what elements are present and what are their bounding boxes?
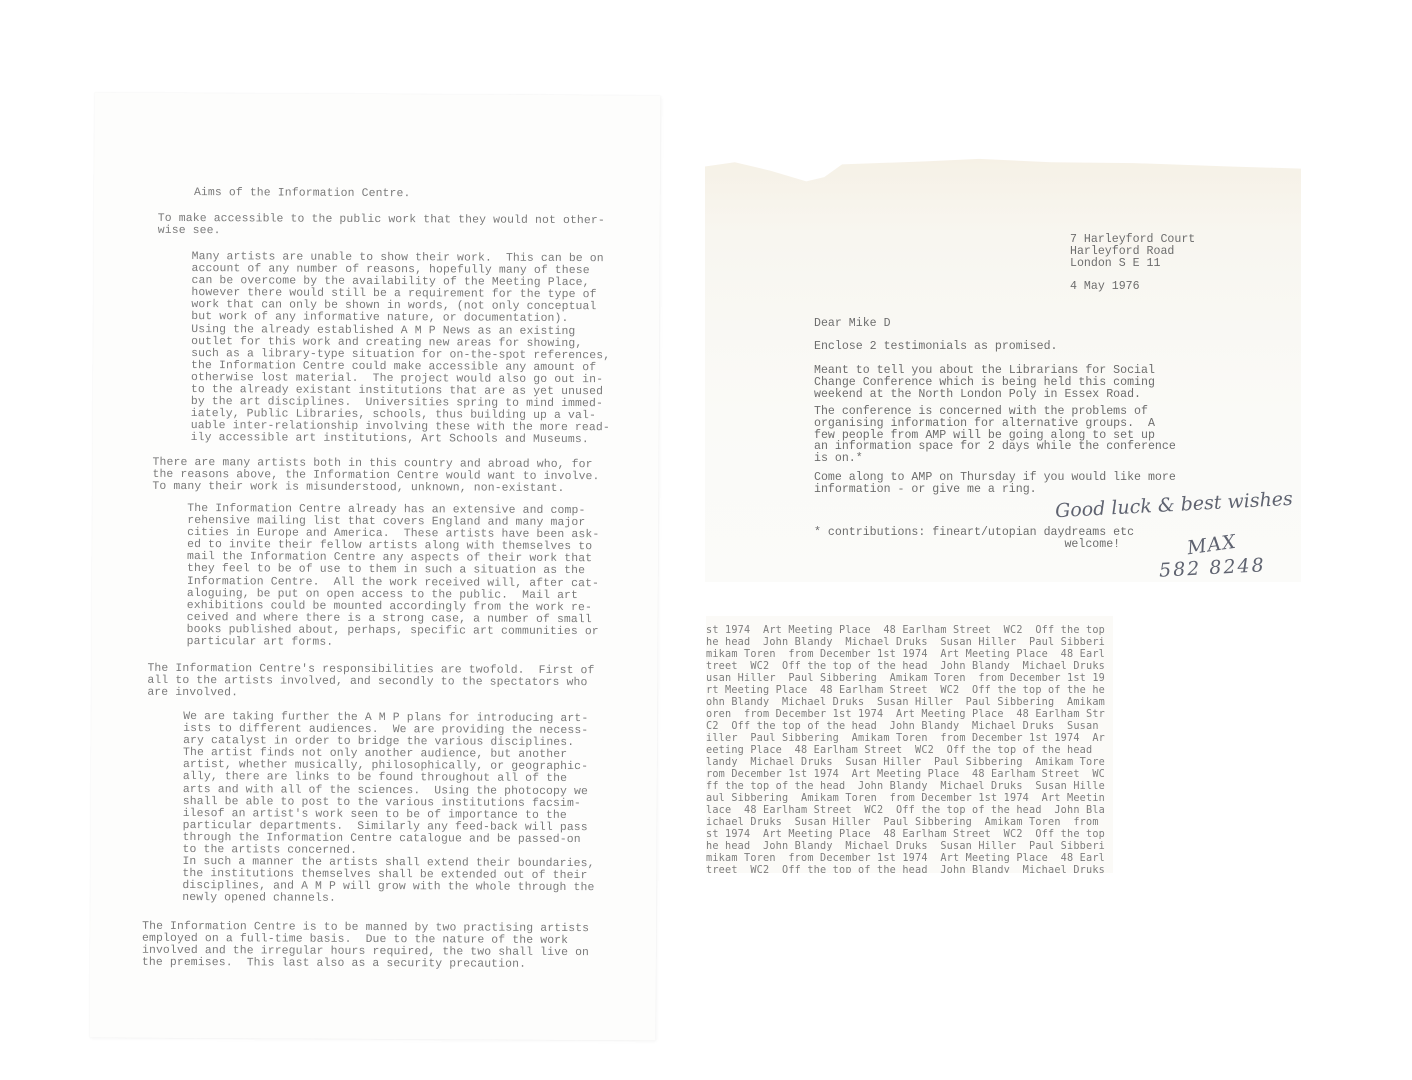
- ticker-line: ichael Druks Susan Hiller Paul Sibbering…: [706, 817, 1105, 829]
- document-heading: Aims of the Information Centre.: [194, 187, 411, 200]
- ticker-line: ff the top of the head John Blandy Micha…: [706, 781, 1105, 793]
- ticker-line: he head John Blandy Michael Druks Susan …: [706, 841, 1105, 853]
- letter-paragraph: Enclose 2 testimonials as promised.: [814, 341, 1058, 353]
- letter-date: 4 May 1976: [1070, 281, 1140, 293]
- aims-document-sheet: Aims of the Information Centre. To make …: [90, 93, 661, 1041]
- document-paragraph: The Information Centre's responsibilitie…: [147, 663, 594, 702]
- letter-footnote: * contributions: fineart/utopian daydrea…: [814, 527, 1134, 551]
- ticker-line: C2 Off the top of the head John Blandy M…: [706, 721, 1105, 733]
- document-paragraph: Many artists are unable to show their wo…: [191, 251, 611, 447]
- ticker-line: landy Michael Druks Susan Hiller Paul Si…: [706, 757, 1105, 769]
- ticker-line: iller Paul Sibbering Amikam Toren from D…: [706, 733, 1105, 745]
- ticker-line: mikam Toren from December 1st 1974 Art M…: [706, 649, 1105, 661]
- document-paragraph: To make accessible to the public work th…: [158, 213, 605, 240]
- ticker-line: rt Meeting Place 48 Earlham Street WC2 O…: [706, 685, 1105, 697]
- letter-paragraph: Come along to AMP on Thursday if you wou…: [814, 472, 1176, 496]
- ticker-line: lace 48 Earlham Street WC2 Off the top o…: [706, 805, 1105, 817]
- handwritten-phone: 582 8248: [1158, 554, 1266, 582]
- ticker-line: oren from December 1st 1974 Art Meeting …: [706, 709, 1105, 721]
- ticker-line: rom December 1st 1974 Art Meeting Place …: [706, 769, 1105, 781]
- ticker-line: mikam Toren from December 1st 1974 Art M…: [706, 853, 1105, 865]
- ticker-line: treet WC2 Off the top of the head John B…: [706, 661, 1105, 673]
- document-paragraph: The Information Centre is to be manned b…: [142, 921, 589, 972]
- ticker-line: eeting Place 48 Earlham Street WC2 Off t…: [706, 745, 1105, 757]
- letter-sheet: 7 Harleyford Court Harleyford Road Londo…: [705, 158, 1301, 582]
- ticker-line: he head John Blandy Michael Druks Susan …: [706, 637, 1105, 649]
- document-paragraph: We are taking further the A M P plans fo…: [182, 711, 595, 907]
- document-paragraph: The Information Centre already has an ex…: [187, 503, 600, 650]
- document-paragraph: There are many artists both in this coun…: [152, 457, 599, 496]
- letter-salutation: Dear Mike D: [814, 318, 891, 330]
- letter-paragraph: Meant to tell you about the Librarians f…: [814, 365, 1155, 400]
- letter-address: 7 Harleyford Court Harleyford Road Londo…: [1070, 234, 1195, 269]
- letter-paragraph: The conference is concerned with the pro…: [814, 406, 1176, 465]
- ticker-line: ohn Blandy Michael Druks Susan Hiller Pa…: [706, 697, 1105, 709]
- ticker-line: st 1974 Art Meeting Place 48 Earlham Str…: [706, 625, 1105, 637]
- ticker-line: st 1974 Art Meeting Place 48 Earlham Str…: [706, 829, 1105, 841]
- exhibition-ticker-card: st 1974 Art Meeting Place 48 Earlham Str…: [706, 616, 1113, 873]
- ticker-line: treet WC2 Off the top of the head John B…: [706, 865, 1105, 873]
- ticker-line: usan Hiller Paul Sibbering Amikam Toren …: [706, 673, 1105, 685]
- ticker-line: aul Sibbering Amikam Toren from December…: [706, 793, 1105, 805]
